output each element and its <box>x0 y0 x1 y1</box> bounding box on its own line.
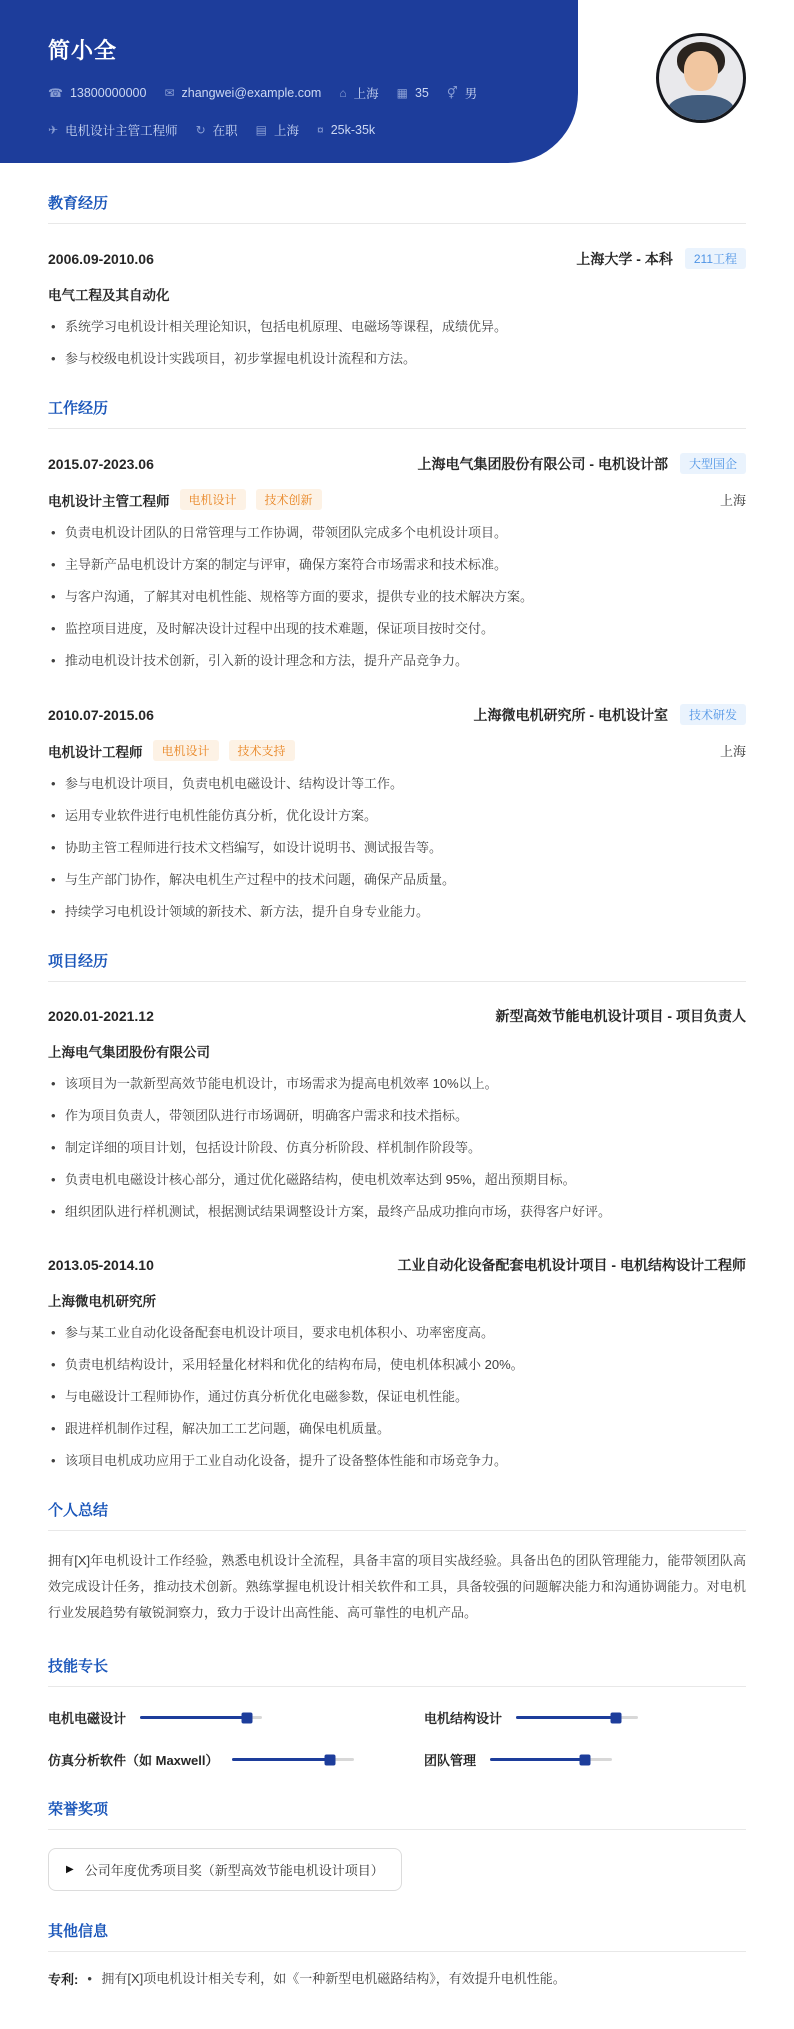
project1-org: 上海电气集团股份有限公司 <box>48 1041 746 1061</box>
list-item: 参与校级电机设计实践项目，初步掌握电机设计流程和方法。 <box>48 349 746 369</box>
skill-slider <box>516 1716 638 1719</box>
work2-tag-2: 技术支持 <box>229 740 295 761</box>
summary-text: 拥有[X]年电机设计工作经验，熟悉电机设计全流程，具备丰富的项目实战经验。具备出… <box>48 1548 746 1626</box>
section-title-other: 其他信息 <box>48 1920 746 1952</box>
list-item: 参与电机设计项目，负责电机电磁设计、结构设计等工作。 <box>48 774 746 794</box>
list-item: 与客户沟通，了解其对电机性能、规格等方面的要求，提供专业的技术解决方案。 <box>48 587 746 607</box>
list-item: 监控项目进度，及时解决设计过程中出现的技术难题，保证项目按时交付。 <box>48 619 746 639</box>
other-row: 专利: 拥有[X]项电机设计相关专利，如《一种新型电机磁路结构》，有效提升电机性… <box>48 1969 746 1989</box>
job-status-value: 在职 <box>213 121 238 139</box>
skill-slider <box>140 1716 262 1719</box>
education-major: 电气工程及其自动化 <box>48 284 746 304</box>
skill-item: 团队管理 <box>424 1750 746 1769</box>
section-honors: 荣誉奖项 ▶ 公司年度优秀项目奖（新型高效节能电机设计项目） <box>48 1798 746 1891</box>
status-icon: ↻ <box>196 123 206 137</box>
work1-company: 上海电气集团股份有限公司 - 电机设计部 大型国企 <box>418 453 746 474</box>
section-work: 工作经历 2015.07-2023.06 上海电气集团股份有限公司 - 电机设计… <box>48 397 746 921</box>
contact-row-1: ☎ 13800000000 ✉ zhangwei@example.com ⌂ 上… <box>48 84 538 102</box>
play-icon: ▶ <box>66 1865 74 1875</box>
education-bullets: 系统学习电机设计相关理论知识，包括电机原理、电磁场等课程，成绩优异。 参与校级电… <box>48 317 746 369</box>
project1-name-role: 新型高效节能电机设计项目 - 项目负责人 <box>496 1006 746 1026</box>
list-item: 拥有[X]项电机设计相关专利，如《一种新型电机磁路结构》，有效提升电机性能。 <box>86 1969 565 1989</box>
section-education: 教育经历 2006.09-2010.06 上海大学 - 本科 211工程 电气工… <box>48 192 746 368</box>
age: ▦ 35 <box>397 86 429 100</box>
project1-bullets: 该项目为一款新型高效节能电机设计，市场需求为提高电机效率 10%以上。 作为项目… <box>48 1074 746 1222</box>
honor-item[interactable]: ▶ 公司年度优秀项目奖（新型高效节能电机设计项目） <box>48 1848 402 1891</box>
list-item: 作为项目负责人，带领团队进行市场调研，明确客户需求和技术指标。 <box>48 1106 746 1126</box>
section-title-summary: 个人总结 <box>48 1499 746 1531</box>
skill-slider-fill <box>232 1758 330 1761</box>
age-icon: ▦ <box>397 86 408 100</box>
list-item: 制定详细的项目计划，包括设计阶段、仿真分析阶段、样机制作阶段等。 <box>48 1138 746 1158</box>
work2-role: 电机设计工程师 电机设计 技术支持 <box>48 740 295 761</box>
salary-icon: ¤ <box>317 123 324 137</box>
list-item: 系统学习电机设计相关理论知识，包括电机原理、电磁场等课程，成绩优异。 <box>48 317 746 337</box>
project2-org: 上海微电机研究所 <box>48 1290 746 1310</box>
email: ✉ zhangwei@example.com <box>164 86 321 100</box>
skill-label: 电机电磁设计 <box>48 1708 126 1727</box>
education-badge: 211工程 <box>685 248 746 269</box>
contact-row-2: ✈ 电机设计主管工程师 ↻ 在职 ▤ 上海 ¤ 25k-35k <box>48 121 538 139</box>
work1-tag-1: 电机设计 <box>180 489 246 510</box>
education-entry: 2006.09-2010.06 上海大学 - 本科 211工程 电气工程及其自动… <box>48 248 746 368</box>
list-item: 协助主管工程师进行技术文档编写，如设计说明书、测试报告等。 <box>48 838 746 858</box>
job-status: ↻ 在职 <box>196 121 238 139</box>
work1-tag-2: 技术创新 <box>256 489 322 510</box>
resume-header: 简小全 ☎ 13800000000 ✉ zhangwei@example.com… <box>0 0 578 163</box>
education-school: 上海大学 - 本科 211工程 <box>576 248 746 269</box>
age-value: 35 <box>415 86 429 100</box>
section-summary: 个人总结 拥有[X]年电机设计工作经验，熟悉电机设计全流程，具备丰富的项目实战经… <box>48 1499 746 1626</box>
section-skills: 技能专长 电机电磁设计 电机结构设计 仿真分析软件（如 Maxwell） <box>48 1655 746 1769</box>
skill-slider-fill <box>516 1716 616 1719</box>
section-title-education: 教育经历 <box>48 192 746 224</box>
list-item: 组织团队进行样机测试，根据测试结果调整设计方案，最终产品成功推向市场，获得客户好… <box>48 1202 746 1222</box>
honor-text: 公司年度优秀项目奖（新型高效节能电机设计项目） <box>85 1860 384 1879</box>
email-value: zhangwei@example.com <box>182 86 322 100</box>
work2-bullets: 参与电机设计项目，负责电机电磁设计、结构设计等工作。 运用专业软件进行电机性能仿… <box>48 774 746 922</box>
work2-company: 上海微电机研究所 - 电机设计室 技术研发 <box>474 704 746 725</box>
education-school-name: 上海大学 - 本科 <box>576 249 672 269</box>
email-icon: ✉ <box>164 86 174 100</box>
skill-label: 电机结构设计 <box>424 1708 502 1727</box>
avatar <box>656 33 746 123</box>
list-item: 负责电机电磁设计核心部分，通过优化磁路结构，使电机效率达到 95%，超出预期目标… <box>48 1170 746 1190</box>
target-position: ✈ 电机设计主管工程师 <box>48 121 178 139</box>
section-projects: 项目经历 2020.01-2021.12 新型高效节能电机设计项目 - 项目负责… <box>48 950 746 1470</box>
gender-value: 男 <box>465 84 478 102</box>
work-city-value: 上海 <box>274 121 299 139</box>
resume-body: 教育经历 2006.09-2010.06 上海大学 - 本科 211工程 电气工… <box>0 192 794 2029</box>
list-item: 与电磁设计工程师协作，通过仿真分析优化电磁参数，保证电机性能。 <box>48 1387 746 1407</box>
skill-item: 电机结构设计 <box>424 1708 746 1727</box>
work-entry-1: 2015.07-2023.06 上海电气集团股份有限公司 - 电机设计部 大型国… <box>48 453 746 670</box>
work2-company-name: 上海微电机研究所 - 电机设计室 <box>474 705 668 725</box>
skill-slider-thumb[interactable] <box>242 1712 253 1723</box>
work2-role-title: 电机设计工程师 <box>48 741 143 761</box>
skill-slider-thumb[interactable] <box>580 1754 591 1765</box>
other-bullets: 拥有[X]项电机设计相关专利，如《一种新型电机磁路结构》，有效提升电机性能。 <box>86 1969 565 1989</box>
skill-label: 仿真分析软件（如 Maxwell） <box>48 1750 218 1769</box>
project-entry-2: 2013.05-2014.10 工业自动化设备配套电机设计项目 - 电机结构设计… <box>48 1255 746 1470</box>
work1-period: 2015.07-2023.06 <box>48 456 154 472</box>
work1-badge: 大型国企 <box>680 453 746 474</box>
list-item: 运用专业软件进行电机性能仿真分析，优化设计方案。 <box>48 806 746 826</box>
other-label: 专利: <box>48 1969 78 1988</box>
skill-slider <box>232 1758 354 1761</box>
work1-bullets: 负责电机设计团队的日常管理与工作协调，带领团队完成多个电机设计项目。 主导新产品… <box>48 523 746 671</box>
avatar-shirt <box>668 95 734 123</box>
work2-badge: 技术研发 <box>680 704 746 725</box>
list-item: 推动电机设计技术创新，引入新的设计理念和方法，提升产品竞争力。 <box>48 651 746 671</box>
list-item: 主导新产品电机设计方案的制定与评审，确保方案符合市场需求和技术标准。 <box>48 555 746 575</box>
home-city: ⌂ 上海 <box>339 84 378 102</box>
list-item: 该项目为一款新型高效节能电机设计，市场需求为提高电机效率 10%以上。 <box>48 1074 746 1094</box>
work2-tag-1: 电机设计 <box>153 740 219 761</box>
target-position-value: 电机设计主管工程师 <box>65 121 178 139</box>
gender-icon: ⚥ <box>447 86 458 100</box>
list-item: 该项目电机成功应用于工业自动化设备，提升了设备整体性能和市场竞争力。 <box>48 1451 746 1471</box>
work2-location: 上海 <box>720 741 746 760</box>
list-item: 参与某工业自动化设备配套电机设计项目，要求电机体积小、功率密度高。 <box>48 1323 746 1343</box>
skill-label: 团队管理 <box>424 1750 476 1769</box>
list-item: 跟进样机制作过程，解决加工工艺问题，确保电机质量。 <box>48 1419 746 1439</box>
list-item: 负责电机结构设计，采用轻量化材料和优化的结构布局，使电机体积减小 20%。 <box>48 1355 746 1375</box>
home-icon: ⌂ <box>339 86 346 100</box>
city-icon: ▤ <box>256 123 267 137</box>
work-city: ▤ 上海 <box>256 121 299 139</box>
work1-role: 电机设计主管工程师 电机设计 技术创新 <box>48 489 322 510</box>
work1-role-title: 电机设计主管工程师 <box>48 490 170 510</box>
expected-salary-value: 25k-35k <box>331 123 375 137</box>
phone-icon: ☎ <box>48 86 63 100</box>
skill-slider-thumb[interactable] <box>611 1712 622 1723</box>
section-title-skills: 技能专长 <box>48 1655 746 1687</box>
gender: ⚥ 男 <box>447 84 477 102</box>
avatar-face <box>684 51 718 91</box>
list-item: 持续学习电机设计领域的新技术、新方法，提升自身专业能力。 <box>48 902 746 922</box>
expected-salary: ¤ 25k-35k <box>317 123 375 137</box>
skill-slider-fill <box>490 1758 585 1761</box>
section-other: 其他信息 专利: 拥有[X]项电机设计相关专利，如《一种新型电机磁路结构》，有效… <box>48 1920 746 1989</box>
work1-location: 上海 <box>720 490 746 509</box>
project2-name-role: 工业自动化设备配套电机设计项目 - 电机结构设计工程师 <box>398 1255 746 1275</box>
work1-company-name: 上海电气集团股份有限公司 - 电机设计部 <box>418 454 668 474</box>
work-entry-2: 2010.07-2015.06 上海微电机研究所 - 电机设计室 技术研发 电机… <box>48 704 746 921</box>
section-title-honors: 荣誉奖项 <box>48 1798 746 1830</box>
list-item: 负责电机设计团队的日常管理与工作协调，带领团队完成多个电机设计项目。 <box>48 523 746 543</box>
home-city-value: 上海 <box>354 84 379 102</box>
skill-slider-thumb[interactable] <box>325 1754 336 1765</box>
project2-bullets: 参与某工业自动化设备配套电机设计项目，要求电机体积小、功率密度高。 负责电机结构… <box>48 1323 746 1471</box>
project1-period: 2020.01-2021.12 <box>48 1008 154 1024</box>
phone: ☎ 13800000000 <box>48 86 146 100</box>
project2-period: 2013.05-2014.10 <box>48 1257 154 1273</box>
phone-value: 13800000000 <box>70 86 146 100</box>
skill-slider <box>490 1758 612 1761</box>
education-period: 2006.09-2010.06 <box>48 251 154 267</box>
skill-item: 仿真分析软件（如 Maxwell） <box>48 1750 370 1769</box>
section-title-projects: 项目经历 <box>48 950 746 982</box>
list-item: 与生产部门协作，解决电机生产过程中的技术问题，确保产品质量。 <box>48 870 746 890</box>
skills-grid: 电机电磁设计 电机结构设计 仿真分析软件（如 Maxwell） <box>48 1708 746 1769</box>
candidate-name: 简小全 <box>48 34 538 65</box>
project-entry-1: 2020.01-2021.12 新型高效节能电机设计项目 - 项目负责人 上海电… <box>48 1006 746 1221</box>
skill-slider-fill <box>140 1716 247 1719</box>
position-icon: ✈ <box>48 123 58 137</box>
skill-item: 电机电磁设计 <box>48 1708 370 1727</box>
work2-period: 2010.07-2015.06 <box>48 707 154 723</box>
section-title-work: 工作经历 <box>48 397 746 429</box>
